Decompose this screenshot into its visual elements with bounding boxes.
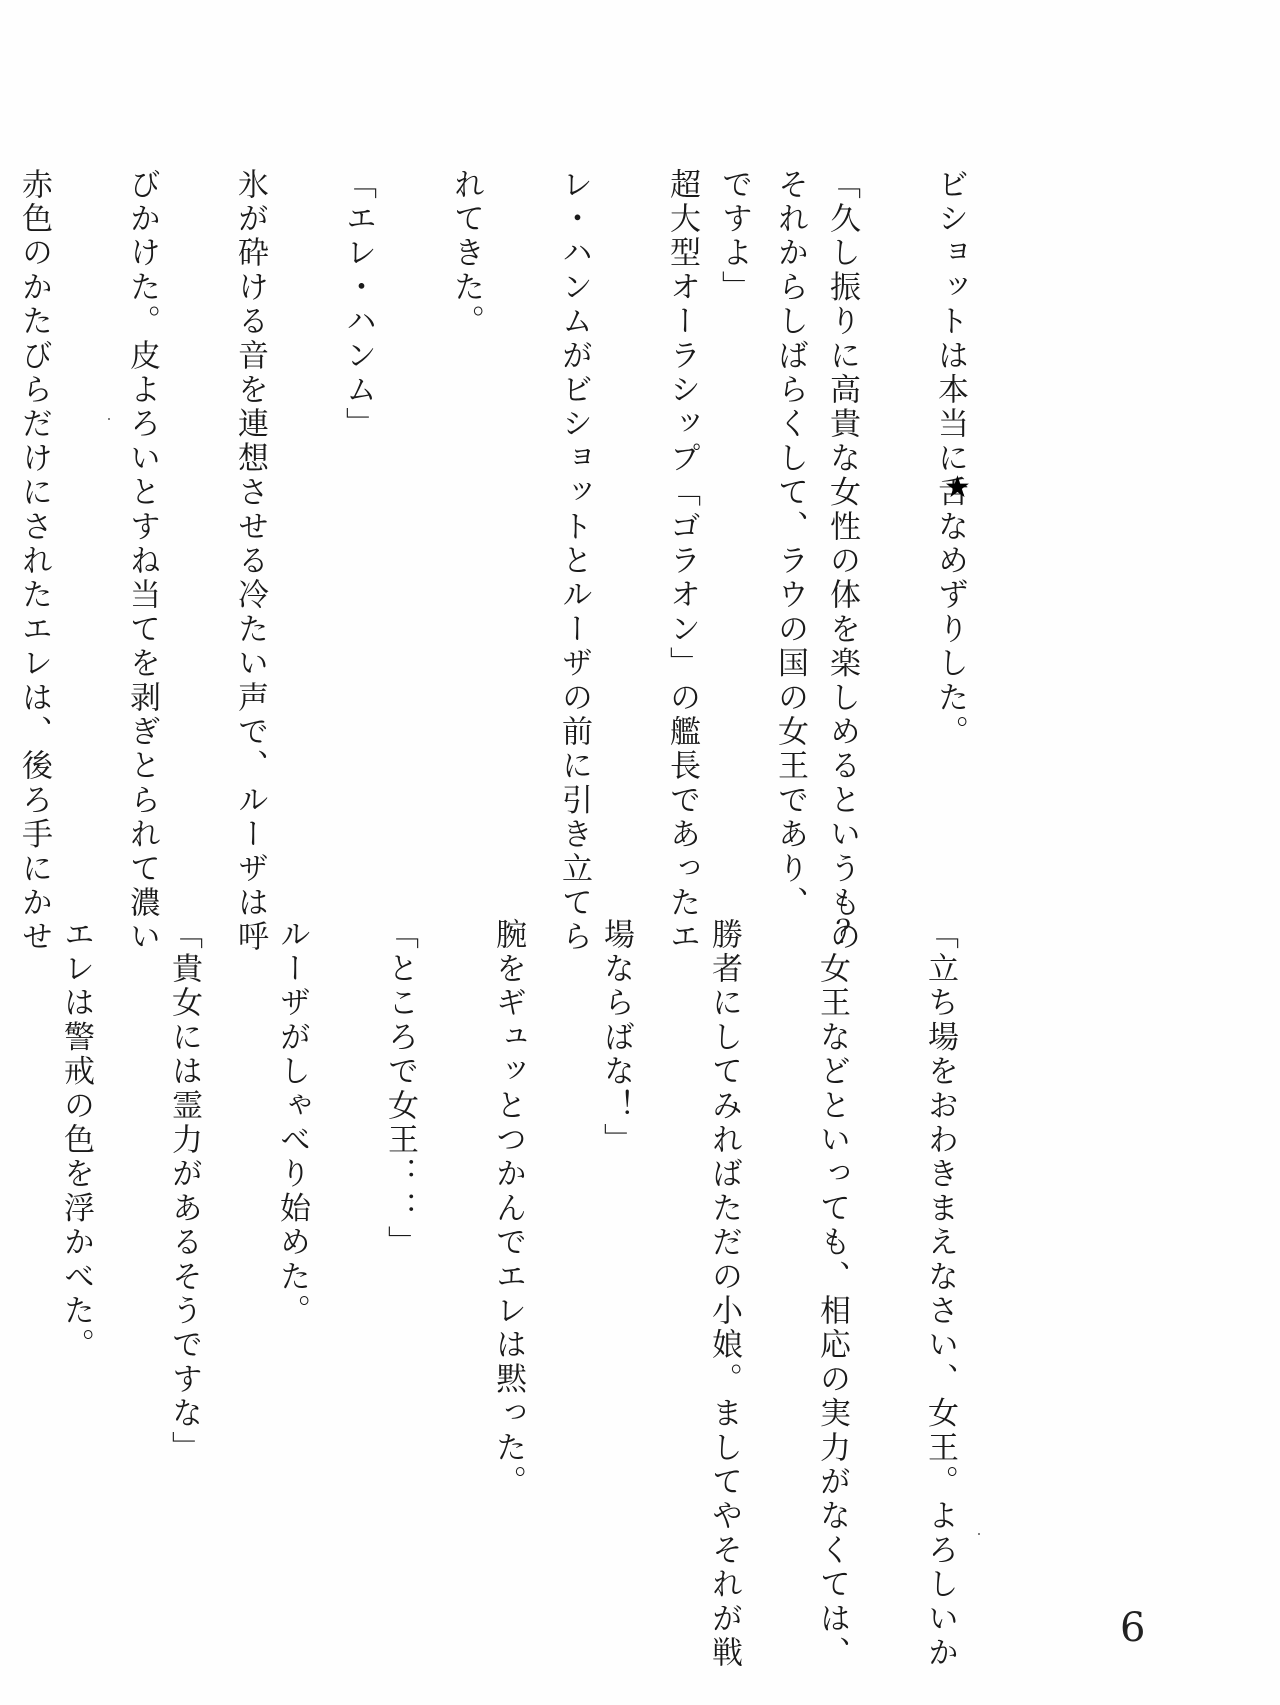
text-column: びかけた。皮よろいとすね当てを剥ぎとられて濃い xyxy=(124,168,160,868)
text-column: 腕をギュッとつかんでエレは黙った。 xyxy=(490,918,526,1548)
lower-text-block: 「立ち場をおわきまえなさい、女王。よろしいか ？女王などといっても、相応の実力が… xyxy=(0,918,1030,1548)
text-column: それからしばらくして、ラウの国の女王であり、 xyxy=(772,168,808,868)
text-column: 「エレ・ハンム」 xyxy=(340,168,376,868)
upper-text-block: それからしばらくして、ラウの国の女王であり、 超大型オーラシップ「ゴラオン」の艦… xyxy=(0,168,880,868)
section-break-star-icon: ★ xyxy=(944,470,971,505)
text-column: 「貴女には霊力があるそうですな」 xyxy=(166,918,202,1548)
text-column: 氷が砕ける音を連想させる冷たい声で、ルーザは呼 xyxy=(232,168,268,868)
text-column: 勝者にしてみればただの小娘。ましてやそれが戦 xyxy=(706,918,742,1548)
text-column: 「ところで女王：：」 xyxy=(382,918,418,1548)
text-column: 超大型オーラシップ「ゴラオン」の艦長であったエ xyxy=(664,168,700,868)
text-column: エレは警戒の色を浮かべた。 xyxy=(58,918,94,1548)
manuscript-page: ビショットは本当に舌なめずりした。 「久し振りに高貴な女性の体を楽しめるというも… xyxy=(0,0,1280,1705)
scan-speck xyxy=(108,418,110,420)
scan-speck xyxy=(978,1533,980,1535)
text-column: 「立ち場をおわきまえなさい、女王。よろしいか xyxy=(922,918,958,1548)
text-column: レ・ハンムがビショットとルーザの前に引き立てら xyxy=(556,168,592,868)
text-column: 場ならばな！」 xyxy=(598,918,634,1548)
text-column: 赤色のかたびらだけにされたエレは、後ろ手にかせ xyxy=(16,168,52,868)
page-number: 6 xyxy=(1120,1605,1145,1651)
text-column: ルーザがしゃべり始めた。 xyxy=(274,918,310,1548)
text-column: ？女王などといっても、相応の実力がなくては、 xyxy=(814,918,850,1548)
text-column: れてきた。 xyxy=(448,168,484,868)
text-column: ビショットは本当に舌なめずりした。 xyxy=(932,168,968,868)
